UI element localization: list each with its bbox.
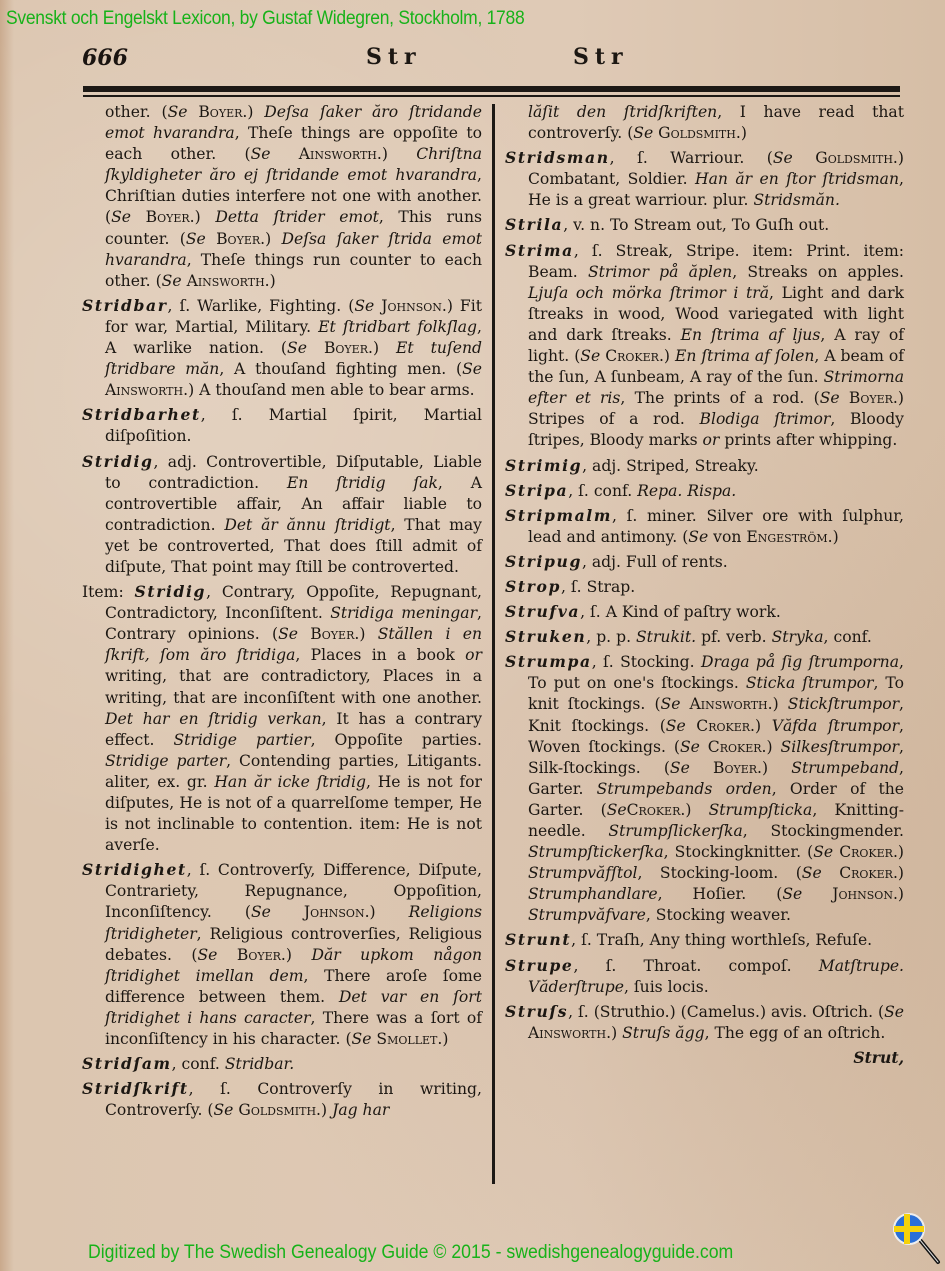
dictionary-entry-stridbarhet: Stridbarhet, ſ. Martial ſpirit, Martial … [82, 404, 482, 447]
headword: Strumpa [505, 652, 592, 671]
headword: Struken [505, 627, 586, 646]
entry-text: ) [382, 145, 416, 163]
entry-text: , ſ. Traſh, Any thing worthleſs, Refuſe. [571, 931, 872, 949]
entry-text: , ſ. Strap. [561, 578, 635, 596]
swedish-phrase: Struſs ăgg [622, 1024, 704, 1042]
dictionary-entry-stripa: Stripa, ſ. conf. Repa. Rispa. [505, 480, 904, 502]
entry-text [802, 885, 832, 903]
entry-text: ) [741, 124, 747, 142]
swedish-phrase: Se [287, 339, 307, 357]
source-reference: Boyer. [310, 625, 359, 643]
dictionary-entry-strumpa: Strumpa, ſ. Stocking. Draga på ſig ſtrum… [505, 651, 904, 926]
entry-text: , A thouſand fighting men. ( [219, 360, 462, 378]
headword: Strila [505, 215, 563, 234]
source-reference: Goldsmith. [238, 1101, 321, 1119]
entry-text: writing, that are contradictory, Places … [105, 667, 482, 706]
entry-text [793, 149, 815, 167]
source-reference: Boyer. [216, 230, 265, 248]
swedish-phrase: Strukit. [636, 628, 696, 646]
entry-text: ) [755, 717, 772, 735]
entry-text: ) [833, 528, 839, 546]
swedish-phrase: Strumphandlare [528, 885, 658, 903]
swedish-phrase: Stickſtrumpor [788, 695, 899, 713]
swedish-phrase: Strumpſlickerſka [608, 822, 742, 840]
entry-text: , Places in a book [295, 646, 465, 664]
column-divider [492, 104, 495, 1184]
entry-text: ) [321, 1101, 332, 1119]
source-reference: Boyer. [237, 946, 286, 964]
headword: Strunt [505, 930, 571, 949]
header-rule-thin [83, 95, 900, 97]
entry-text: ) A thouſand men able to bear arms. [188, 381, 475, 399]
source-reference: Croker. [696, 717, 755, 735]
entry-text: , conf. [172, 1055, 225, 1073]
swedish-phrase: or [703, 431, 720, 449]
entry-text: ) [898, 864, 904, 882]
swedish-phrase: Strumpvăfſtol [528, 864, 638, 882]
swedish-phrase: Se [186, 230, 206, 248]
dictionary-entry-struken: Struken, p. p. Strukit. pf. verb. Stryka… [505, 626, 904, 648]
entry-text [131, 208, 146, 226]
entry-text: , ſ. (Struthio.) (Camelus.) avis. Oſtric… [568, 1003, 884, 1021]
entry-text: , Stockingknitter. ( [664, 843, 814, 861]
entry-text: , The prints of a rod. ( [620, 389, 819, 407]
entry-text: ) [611, 1024, 622, 1042]
entry-text: , ſ. Throat. compoſ. [573, 957, 818, 975]
dictionary-entry-stridskrift: Stridſkrift, ſ. Controverſy in writing, … [82, 1078, 482, 1121]
swedish-phrase: Draga på ſig ſtrumporna [701, 653, 899, 671]
swedish-phrase: En ſtrima af ljus [681, 326, 821, 344]
entry-text: ) [270, 272, 276, 290]
swedish-phrase: Se [251, 145, 271, 163]
source-reference: Ainsworth. [299, 145, 382, 163]
dictionary-entry-stripmalm: Stripmalm, ſ. miner. Silver ore with ſul… [505, 505, 904, 548]
headword: Stripmalm [505, 506, 612, 525]
source-reference: Johnson. [381, 297, 447, 315]
dictionary-entry-strimig: Strimig, adj. Striped, Streaky. [505, 455, 904, 477]
swedish-phrase: Strumpſtickerſka [528, 843, 664, 861]
swedish-phrase: Repa. Rispa. [637, 482, 736, 500]
swedish-phrase: Se [213, 1101, 233, 1119]
dictionary-entry-strufva: Strufva, ſ. A Kind of paſtry work. [505, 601, 904, 623]
dictionary-entry-stridig-item: Item: Stridig, Contrary, Oppoſite, Repug… [82, 581, 482, 856]
swedish-phrase: Blodiga ſtrimor [700, 410, 831, 428]
source-reference: Johnson. [304, 903, 370, 921]
entry-text: ) [685, 801, 708, 819]
entry-text: ) [762, 759, 791, 777]
swedish-phrase: Ljuſa och mörka ſtrimor i tră [528, 284, 769, 302]
headword: Stridbar [82, 296, 168, 315]
entry-text: , ſ. conf. [568, 482, 637, 500]
swedish-phrase: Strumpſticka [709, 801, 813, 819]
left-column: other. (Se Boyer.) Deſsa ſaker ăro ſtrid… [82, 102, 482, 1124]
headword: Stripug [505, 552, 582, 571]
swedish-phrase: Jag har [332, 1101, 389, 1119]
swedish-phrase: Et ſtridbart folkſlag [318, 318, 477, 336]
swedish-phrase: Strumpebands orden [597, 780, 772, 798]
dictionary-entry-strila: Strila, v. n. To Stream out, To Guſh out… [505, 214, 904, 236]
headword: Strimig [505, 456, 582, 475]
swedish-phrase: Se [197, 946, 217, 964]
source-reference: Ainsworth. [187, 272, 270, 290]
dictionary-entry-struss: Struſs, ſ. (Struthio.) (Camelus.) avis. … [505, 1001, 904, 1044]
entry-text: ) [247, 103, 264, 121]
headword: Stridig [82, 452, 154, 471]
headword: Struſs [505, 1002, 568, 1021]
entry-text: ) [898, 843, 904, 861]
swedish-phrase: Se [607, 801, 627, 819]
swedish-phrase: Han ăr icke ſtridig [214, 773, 366, 791]
source-reference: Boyer. [324, 339, 373, 357]
source-reference: Boyer. [713, 759, 762, 777]
swedish-phrase: Strumpeband [791, 759, 899, 777]
swedish-phrase: Stridsmăn. [753, 191, 839, 209]
entry-text: , p. p. [586, 628, 636, 646]
swedish-phrase: Han ăr en ſtor ſtridsman [695, 170, 899, 188]
swedish-phrase: Se [278, 625, 298, 643]
swedish-phrase: Det ăr ănnu ſtridigt [224, 516, 390, 534]
guide-word-right: Str [573, 44, 629, 70]
entry-text: ) [773, 695, 788, 713]
swedish-phrase: lăſit den ſtridſkriften [528, 103, 717, 121]
entry-text [217, 946, 236, 964]
entry-text: ) [286, 946, 312, 964]
source-reference: Croker. [708, 738, 767, 756]
entry-text: ) [767, 738, 781, 756]
swedish-phrase: Se [666, 717, 686, 735]
swedish-phrase: Detta ſtrider emot [215, 208, 379, 226]
swedish-phrase: Strumpvăfvare [528, 906, 646, 924]
entry-text [680, 695, 689, 713]
swedish-phrase: Se [251, 903, 271, 921]
headword: Stridig [135, 582, 207, 601]
guide-word-left: Str [366, 44, 422, 70]
swedish-phrase: Se [802, 864, 822, 882]
swedish-phrase: Se [633, 124, 653, 142]
entry-text: ) [664, 347, 675, 365]
entry-text: von [708, 528, 746, 546]
source-reference: Croker. [605, 347, 664, 365]
entry-text: , Hoſier. ( [658, 885, 783, 903]
swedish-phrase: Se [661, 695, 681, 713]
source-reference: Ainsworth. [105, 381, 188, 399]
entry-continuation: other. (Se Boyer.) Deſsa ſaker ăro ſtrid… [82, 102, 482, 292]
swedish-phrase: Văfda ſtrumpor [772, 717, 899, 735]
source-reference: Engeström. [746, 528, 832, 546]
entry-text: , Oppoſite parties. [311, 731, 482, 749]
source-reference: Ainsworth. [690, 695, 773, 713]
source-reference: Goldsmith. [658, 124, 741, 142]
headword: Stridsman [505, 148, 610, 167]
swedish-phrase: Se [162, 272, 182, 290]
entry-text: Item: [82, 583, 135, 601]
entry-text: ) [898, 885, 904, 903]
swedish-phrase: Det har en ſtridig verkan [105, 710, 322, 728]
swedish-phrase: Se [688, 528, 708, 546]
entry-text [206, 230, 216, 248]
headword: Stridbarhet [82, 405, 201, 424]
entry-text [690, 759, 713, 777]
digitization-credit-banner: Digitized by The Swedish Genealogy Guide… [88, 1242, 733, 1264]
entry-text: ) [359, 625, 377, 643]
entry-text [686, 717, 697, 735]
dictionary-entry-stridig: Stridig, adj. Controvertible, Diſputable… [82, 451, 482, 579]
entry-text: , ſ. A Kind of paſtry work. [580, 603, 781, 621]
dictionary-entry-strima: Strima, ſ. Streak, Stripe. item: Print. … [505, 240, 904, 452]
source-reference: Boyer. [198, 103, 247, 121]
source-reference: Smollet. [376, 1030, 442, 1048]
swedish-phrase: En ſtridig ſak [287, 474, 438, 492]
swedish-phrase: Stridige parter [105, 752, 226, 770]
headword: Strima [505, 241, 574, 260]
swedish-phrase: Se [813, 843, 833, 861]
swedish-phrase: Se [680, 738, 700, 756]
entry-text: ) [265, 230, 281, 248]
swedish-phrase: Se [884, 1003, 904, 1021]
source-reference: Ainsworth. [528, 1024, 611, 1042]
entry-text: ) [442, 1030, 448, 1048]
page-number: 666 [82, 45, 128, 71]
entry-text: , Stocking-loom. ( [638, 864, 802, 882]
swedish-phrase: Stryka [772, 628, 824, 646]
entry-continuation: lăſit den ſtridſkriften, I have read tha… [505, 102, 904, 144]
entry-text: , Stockingmender. [743, 822, 904, 840]
entry-text [187, 103, 198, 121]
headword: Strupe [505, 956, 573, 975]
swedish-phrase: Stridbar. [225, 1055, 294, 1073]
entry-text [700, 738, 708, 756]
entry-text: ) [370, 903, 409, 921]
dictionary-entry-stridbar: Stridbar, ſ. Warlike, Fighting. (Se John… [82, 295, 482, 401]
headword: Strufva [505, 602, 580, 621]
entry-text: prints after whipping. [719, 431, 897, 449]
swedish-phrase: Se [111, 208, 131, 226]
entry-text [840, 389, 849, 407]
dictionary-entry-stridsman: Stridsman, ſ. Warriour. (Se Goldsmith.) … [505, 147, 904, 211]
entry-text: pf. verb. [696, 628, 771, 646]
entry-text: , adj. Striped, Streaky. [582, 457, 759, 475]
source-reference: Goldsmith. [815, 149, 898, 167]
catchword: Strut, [505, 1047, 904, 1068]
swedish-phrase: En ſtrima af ſolen [675, 347, 814, 365]
entry-text [271, 903, 304, 921]
swedish-phrase: or [465, 646, 482, 664]
swedish-phrase: Strimor på ăplen [588, 263, 732, 281]
entry-text [822, 864, 839, 882]
entry-text: ) [195, 208, 216, 226]
headword: Stridſkrift [82, 1079, 189, 1098]
source-reference: Croker. [627, 801, 686, 819]
swedish-phrase: Se [352, 1030, 372, 1048]
entry-text: , v. n. To Stream out, To Guſh out. [563, 216, 829, 234]
entry-text: , ſ. Warlike, Fighting. ( [168, 297, 355, 315]
swedish-phrase: Se [462, 360, 482, 378]
swedish-phrase: Se [782, 885, 802, 903]
entry-text [270, 145, 298, 163]
source-reference: Boyer. [849, 389, 898, 407]
running-head: 666 Str Str [0, 42, 945, 82]
entry-text: , adj. Full of rents. [582, 553, 728, 571]
entry-text [307, 339, 324, 357]
source-reference: Croker. [839, 843, 898, 861]
swedish-phrase: Se [580, 347, 600, 365]
source-reference: Boyer. [146, 208, 195, 226]
swedish-phrase: Se [168, 103, 188, 121]
swedish-phrase: Stridige partier [173, 731, 310, 749]
swedish-phrase: Se [820, 389, 840, 407]
dictionary-entry-stridsam: Stridſam, conf. Stridbar. [82, 1053, 482, 1075]
right-column: lăſit den ſtridſkriften, I have read tha… [505, 102, 904, 1068]
source-reference: Johnson. [832, 885, 898, 903]
entry-text: ) [373, 339, 396, 357]
headword: Stridſam [82, 1054, 172, 1073]
swedish-phrase: Sticka ſtrumpor [746, 674, 874, 692]
dictionary-entry-stridighet: Stridighet, ſ. Controverſy, Difference, … [82, 859, 482, 1050]
swedish-phrase: Se [354, 297, 374, 315]
entry-text: , The egg of an oſtrich. [705, 1024, 886, 1042]
digitization-title-banner: Svenskt och Engelskt Lexicon, by Gustaf … [6, 8, 524, 30]
entry-text: other. ( [105, 103, 168, 121]
entry-text: , ſ. Warriour. ( [610, 149, 773, 167]
entry-text: , Streaks on apples. [732, 263, 904, 281]
dictionary-entry-strop: Strop, ſ. Strap. [505, 576, 904, 598]
headword: Strop [505, 577, 561, 596]
source-reference: Croker. [839, 864, 898, 882]
entry-text: , ſ. Stocking. [592, 653, 701, 671]
header-rule-thick [83, 86, 900, 92]
entry-text [298, 625, 310, 643]
swedish-phrase: Se [670, 759, 690, 777]
entry-text: , conf. [824, 628, 872, 646]
entry-text: , ſuis locis. [624, 978, 709, 996]
headword: Stridighet [82, 860, 187, 879]
entry-text: , Stocking weaver. [646, 906, 791, 924]
headword: Stripa [505, 481, 568, 500]
swedish-phrase: Stridiga meningar [330, 604, 477, 622]
dictionary-entry-stripug: Stripug, adj. Full of rents. [505, 551, 904, 573]
dictionary-entry-strunt: Strunt, ſ. Traſh, Any thing worthleſs, R… [505, 929, 904, 951]
swedish-flag-magnifier-icon [890, 1210, 942, 1266]
dictionary-entry-strupe: Strupe, ſ. Throat. compoſ. Matſtrupe. Vă… [505, 955, 904, 998]
swedish-phrase: Silkesſtrumpor [781, 738, 899, 756]
swedish-phrase: Se [773, 149, 793, 167]
